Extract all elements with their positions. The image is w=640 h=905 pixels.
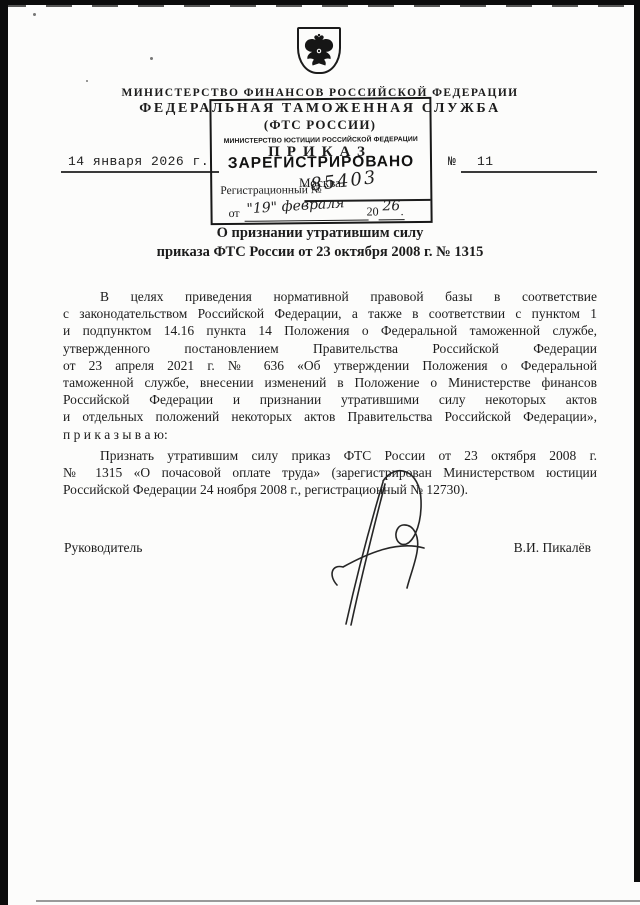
registration-stamp: МИНИСТЕРСТВО ЮСТИЦИИ РОССИЙСКОЙ ФЕДЕРАЦИ… (209, 97, 432, 225)
scan-speck (86, 80, 88, 82)
document-date: 14 января 2026 г. (68, 154, 209, 169)
scan-border-left (0, 0, 8, 905)
coat-of-arms-icon (297, 27, 341, 74)
body-line: с законодательством Российской Федерации… (63, 305, 597, 322)
order-title-line: О признании утратившим силу (0, 224, 640, 243)
body-line: В целях приведения нормативной правовой … (63, 288, 597, 305)
date-underline (61, 171, 219, 173)
stamp-date-underline (245, 220, 369, 223)
body-line: Российской Федерации и признании утратив… (63, 391, 597, 408)
signer-name: В.И. Пикалёв (514, 540, 591, 556)
body-line: и отдельных положений некоторых актов Пр… (63, 408, 597, 425)
scan-border-top (0, 0, 640, 5)
order-title: О признании утратившим силуприказа ФТС Р… (0, 224, 640, 261)
stamp-reg-number-label: Регистрационный № (220, 184, 322, 197)
body-line: и подпунктом 14.16 пункта 14 Положения о… (63, 322, 597, 339)
body-line: таможенной службе, внесении изменений в … (63, 374, 597, 391)
stamp-year-handwritten: 26 (382, 198, 400, 214)
order-title-line: приказа ФТС России от 23 октября 2008 г.… (0, 243, 640, 262)
scan-border-bottom (36, 900, 640, 902)
stamp-date-suffix: . (400, 204, 403, 219)
scan-speck (33, 13, 36, 16)
body-paragraph-preamble: В целях приведения нормативной правовой … (63, 288, 597, 443)
stamp-date-handwritten: "19" февраля (246, 195, 345, 217)
stamp-authority: МИНИСТЕРСТВО ЮСТИЦИИ РОССИЙСКОЙ ФЕДЕРАЦИ… (212, 136, 430, 145)
number-sign: № (448, 154, 456, 169)
stamp-registered-label: ЗАРЕГИСТРИРОВАНО (212, 153, 430, 173)
scanned-order-document: МИНИСТЕРСТВО ФИНАНСОВ РОССИЙСКОЙ ФЕДЕРАЦ… (0, 0, 640, 905)
stamp-year-underline (379, 219, 405, 221)
handwritten-signature-icon (310, 460, 460, 630)
document-number: 11 (477, 154, 494, 169)
body-line: п р и к а з ы в а ю: (63, 426, 597, 443)
signer-role: Руководитель (64, 540, 142, 556)
body-line: от 23 апреля 2021 г. № 636 «Об утвержден… (63, 357, 597, 374)
stamp-year-printed: 20 (366, 204, 378, 219)
body-line: утвержденного постановлением Правительст… (63, 340, 597, 357)
scan-speck (150, 57, 153, 60)
stamp-date-label: от (228, 206, 239, 221)
number-underline (461, 171, 597, 173)
